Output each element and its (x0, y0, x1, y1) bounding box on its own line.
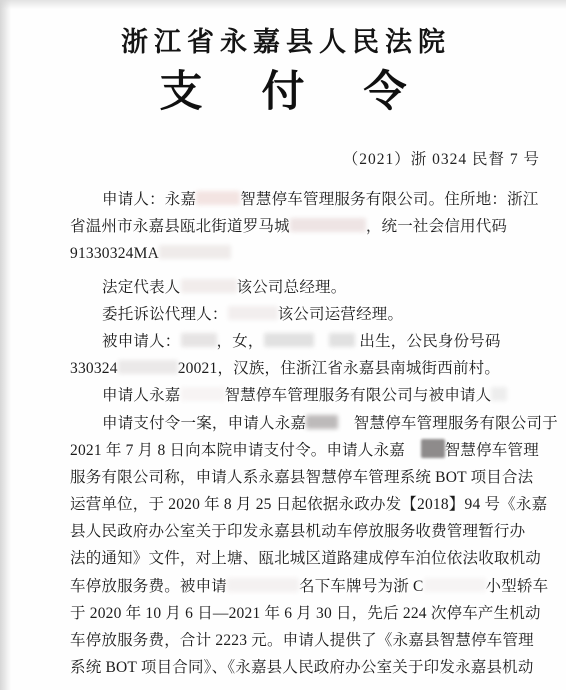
redaction-mark (306, 415, 338, 429)
text-run: 智慧停车管理 (445, 442, 539, 459)
text-run: 2021 年 7 月 8 日向本院申请支付令。申请人永嘉 (70, 442, 405, 459)
document-line: 车停放服务费，合计 2223 元。申请人提供了《永嘉县智慧停车管理 (70, 627, 522, 654)
redaction-mark (118, 360, 178, 374)
text-run: 智慧停车管理服务有限公司。住所地：浙江 (240, 191, 538, 208)
court-document-page: 浙江省永嘉县人民法院 支 付 令 （2021）浙 0324 民督 7 号 申请人… (0, 0, 566, 690)
document-line: 委托诉讼代理人：该公司运营经理。 (70, 301, 522, 328)
scan-top-shadow (0, 0, 566, 9)
document-line: 车停放服务费。被申请名下车牌号为浙 C小型轿车 (70, 573, 522, 600)
redaction-mark (181, 387, 225, 401)
text-run: 委托诉讼代理人： (102, 306, 228, 323)
redaction-mark (181, 279, 237, 293)
document-body: 申请人：永嘉智慧停车管理服务有限公司。住所地：浙江省温州市永嘉县瓯北街道罗马城，… (70, 186, 522, 681)
text-run: 申请支付令一案，申请人永嘉 (102, 415, 306, 432)
document-line: 法的通知》文件，对上塘、瓯北城区道路建成停车泊位依法收取机动 (70, 545, 522, 572)
text-run: 法的通知》文件，对上塘、瓯北城区道路建成停车泊位依法收取机动 (70, 550, 541, 567)
document-line: 申请人：永嘉智慧停车管理服务有限公司。住所地：浙江 (70, 186, 522, 213)
text-run: 330324 (70, 360, 118, 377)
text-run (314, 333, 330, 350)
document-line: 申请支付令一案，申请人永嘉 智慧停车管理服务有限公司于 (70, 410, 522, 437)
text-run: 申请人永嘉 (102, 387, 181, 404)
document-line: 91330324MA (70, 240, 522, 267)
text-run: 被申请人： (102, 333, 181, 350)
document-line: 县人民政府办公室关于印发永嘉县机动车停放服务收费管理暂行办 (70, 518, 522, 545)
text-run: 运营单位，于 2020 年 8 月 25 日起依据永政办发【2018】94 号《… (70, 496, 547, 513)
redaction-mark (421, 439, 445, 458)
redaction-mark (329, 333, 355, 347)
document-line: 于 2020 年 10 月 6 日—2021 年 6 月 30 日，先后 224… (70, 600, 522, 627)
document-line: 系统 BOT 项目合同》、《永嘉县人民政府办公室关于印发永嘉县机动 (70, 654, 522, 681)
redaction-mark (227, 578, 299, 592)
text-run: 该公司运营经理。 (278, 306, 404, 323)
text-run (405, 442, 421, 459)
redaction-mark (264, 333, 314, 347)
document-line: 2021 年 7 月 8 日向本院申请支付令。申请人永嘉 智慧停车管理 (70, 437, 522, 464)
redaction-mark (181, 333, 217, 347)
text-run: 该公司总经理。 (237, 279, 347, 296)
document-line: 运营单位，于 2020 年 8 月 25 日起依据永政办发【2018】94 号《… (70, 491, 522, 518)
document-line: 服务有限公司称，申请人系永嘉县智慧停车管理系统 BOT 项目合法 (70, 464, 522, 491)
text-run: 法定代表人 (102, 279, 181, 296)
text-run: 于 2020 年 10 月 6 日—2021 年 6 月 30 日，先后 224… (70, 605, 541, 622)
text-run: 智慧停车管理服务有限公司于 (338, 415, 558, 432)
text-run: 车停放服务费，合计 2223 元。申请人提供了《永嘉县智慧停车管理 (70, 632, 534, 649)
text-run: 系统 BOT 项目合同》、《永嘉县人民政府办公室关于印发永嘉县机动 (70, 659, 534, 676)
text-run: 智慧停车管理服务有限公司与被申请人 (225, 387, 492, 404)
redaction-mark (491, 387, 507, 401)
text-run: ，统一社会信用代码 (366, 218, 507, 235)
text-run: 名下车牌号为浙 C (299, 578, 424, 595)
text-run: 服务有限公司称，申请人系永嘉县智慧停车管理系统 BOT 项目合法 (70, 469, 533, 486)
text-run: ，女， (217, 333, 264, 350)
case-number: （2021）浙 0324 民督 7 号 (343, 147, 540, 169)
redaction-mark (424, 578, 486, 592)
document-line: 被申请人：，女， 出生，公民身份号码 (70, 328, 522, 355)
document-title: 支 付 令 (0, 58, 566, 119)
text-run: 省温州市永嘉县瓯北街道罗马城 (70, 218, 290, 235)
text-run: 车停放服务费。被申请 (70, 578, 227, 595)
text-run: 县人民政府办公室关于印发永嘉县机动车停放服务收费管理暂行办 (70, 523, 525, 540)
redaction-mark (228, 306, 278, 320)
court-name: 浙江省永嘉县人民法院 (0, 20, 566, 59)
document-line: 省温州市永嘉县瓯北街道罗马城，统一社会信用代码 (70, 213, 522, 240)
text-run: 小型轿车 (486, 578, 549, 595)
document-line: 申请人永嘉智慧停车管理服务有限公司与被申请人 (70, 382, 522, 409)
text-run: 出生，公民身份号码 (355, 333, 500, 350)
redaction-mark (196, 191, 240, 205)
text-run: 20021，汉族，住浙江省永嘉县南城街西前村。 (178, 360, 500, 377)
redaction-mark (159, 245, 231, 259)
document-line: 33032420021，汉族，住浙江省永嘉县南城街西前村。 (70, 355, 522, 382)
text-run: 91330324MA (70, 245, 159, 262)
document-line: 法定代表人该公司总经理。 (70, 274, 522, 301)
text-run: 申请人：永嘉 (102, 191, 196, 208)
redaction-mark (290, 218, 366, 232)
